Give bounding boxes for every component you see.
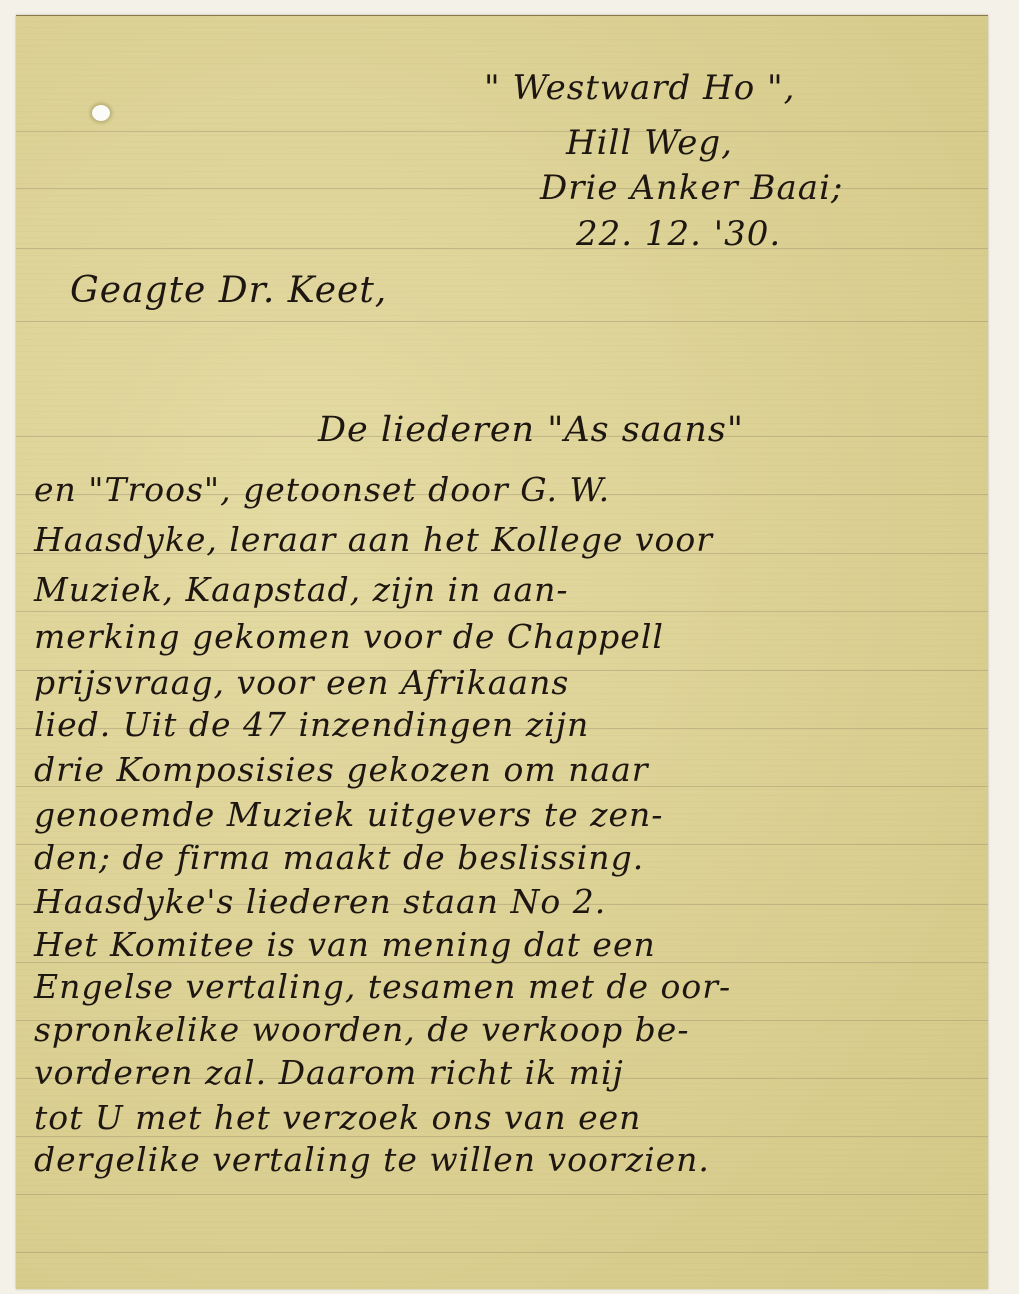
body-line: prijsvraag, voor een Afrikaans	[34, 663, 569, 702]
ruled-line	[16, 1194, 988, 1195]
body-line: en "Troos", getoonset door G. W.	[34, 470, 610, 509]
ruled-line	[16, 611, 988, 612]
ruled-line	[16, 1252, 988, 1253]
body-line: den; de firma maakt de beslissing.	[34, 838, 644, 877]
body-line: lied. Uit de 47 inzendingen zijn	[34, 705, 589, 744]
body-line: genoemde Muziek uitgevers te zen-	[34, 795, 663, 834]
body-line: Haasdyke's liederen staan No 2.	[34, 882, 606, 921]
body-line: Haasdyke, leraar aan het Kollege voor	[34, 520, 713, 559]
body-line: Muziek, Kaapstad, zijn in aan-	[34, 570, 569, 609]
address-house: " Westward Ho ",	[484, 68, 795, 108]
letter-date: 22. 12. '30.	[576, 214, 781, 254]
body-line: Engelse vertaling, tesamen met de oor-	[34, 967, 731, 1006]
body-line: vorderen zal. Daarom richt ik mij	[34, 1053, 624, 1092]
body-line: drie Komposisies gekozen om naar	[34, 750, 649, 789]
punch-hole	[92, 105, 110, 121]
address-street: Hill Weg,	[566, 123, 733, 163]
ruled-line	[16, 321, 988, 322]
body-line: merking gekomen voor de Chappell	[34, 617, 664, 656]
salutation: Geagte Dr. Keet,	[70, 270, 387, 311]
ruled-line	[16, 248, 988, 249]
body-line: Het Komitee is van mening dat een	[34, 925, 656, 964]
address-town: Drie Anker Baai;	[540, 168, 843, 208]
body-line: tot U met het verzoek ons van een	[34, 1098, 641, 1137]
body-line: De liederen "As saans"	[318, 410, 744, 450]
body-line: dergelike vertaling te willen voorzien.	[34, 1140, 710, 1179]
ruled-line	[16, 131, 988, 132]
body-line: spronkelike woorden, de verkoop be-	[34, 1010, 690, 1049]
